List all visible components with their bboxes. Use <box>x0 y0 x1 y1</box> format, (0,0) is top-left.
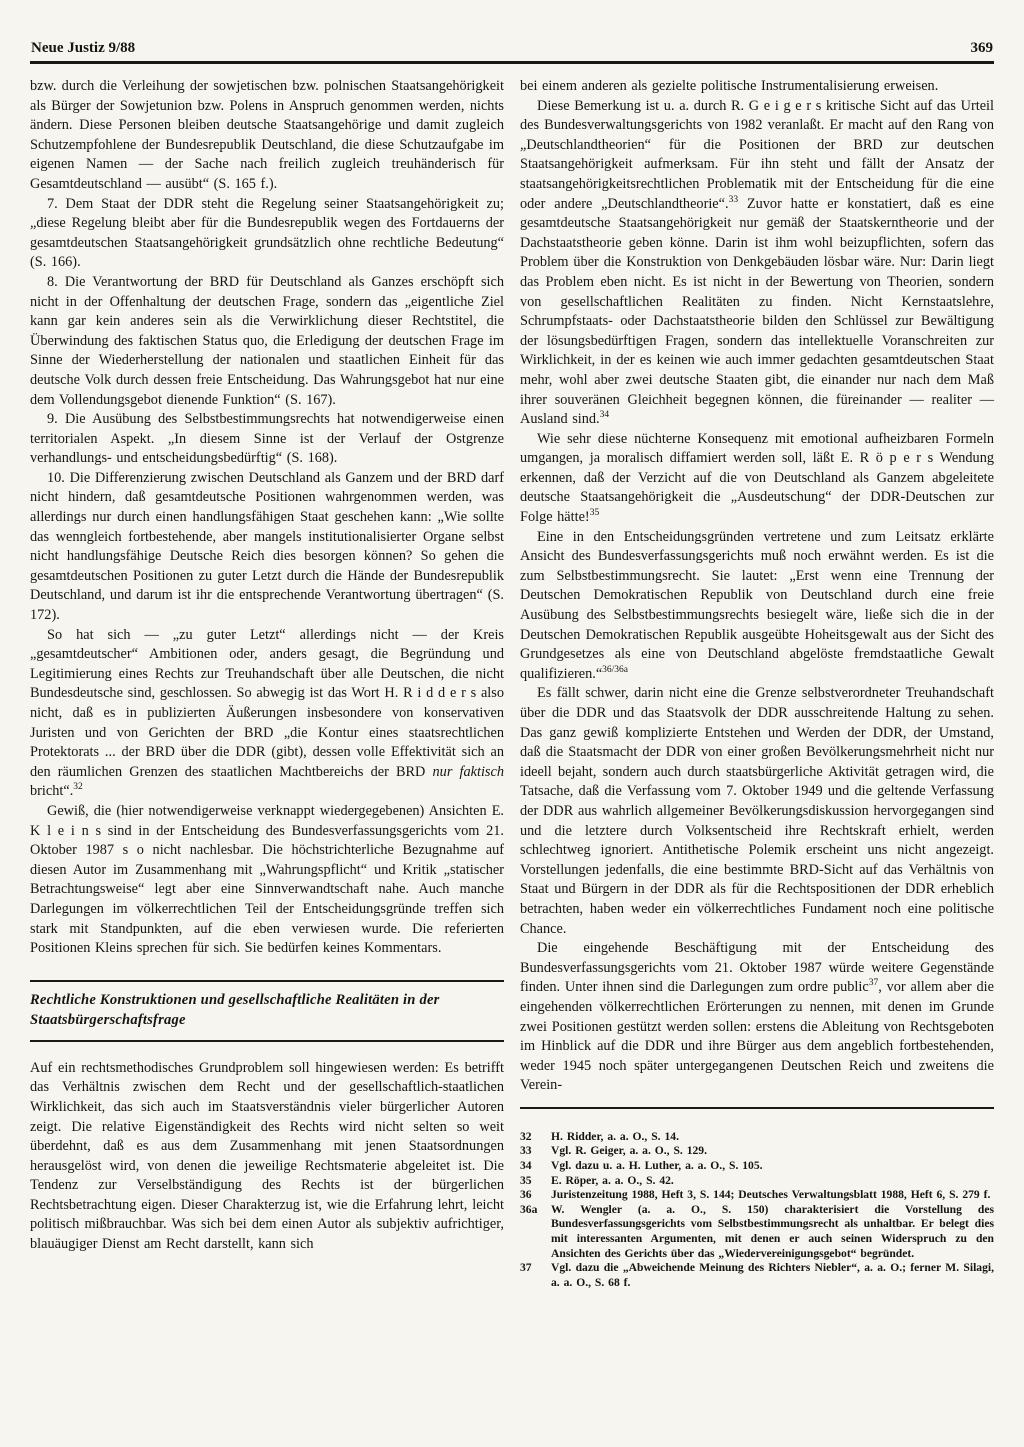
section-heading-block: Rechtliche Konstruktionen und gesellscha… <box>30 980 504 1042</box>
footnote-separator-rule <box>520 1107 994 1109</box>
footnote-text: Vgl. dazu u. a. H. Luther, a. a. O., S. … <box>551 1159 994 1174</box>
paragraph: 7. Dem Staat der DDR steht die Regelung … <box>30 195 504 273</box>
footnote: 37Vgl. dazu die „Abweichende Meinung des… <box>520 1261 994 1290</box>
footnote: 34Vgl. dazu u. a. H. Luther, a. a. O., S… <box>520 1159 994 1174</box>
left-column-text: bzw. durch die Verleihung der sowjetisch… <box>30 77 504 959</box>
footnotes: 32H. Ridder, a. a. O., S. 14.33Vgl. R. G… <box>520 1130 994 1291</box>
footnote: 36Juristenzeitung 1988, Heft 3, S. 144; … <box>520 1188 994 1203</box>
footnote-number: 32 <box>520 1130 551 1145</box>
paragraph: Eine in den Entscheidungsgründen vertret… <box>520 528 994 685</box>
footnote-text: Vgl. dazu die „Abweichende Meinung des R… <box>551 1261 994 1290</box>
footnote-text: Vgl. R. Geiger, a. a. O., S. 129. <box>551 1144 994 1159</box>
paragraph: Es fällt schwer, darin nicht eine die Gr… <box>520 684 994 939</box>
footnote-text: W. Wengler (a. a. O., S. 150) charakteri… <box>551 1203 994 1261</box>
footnote-number: 37 <box>520 1261 551 1290</box>
section-heading: Rechtliche Konstruktionen und gesellscha… <box>30 990 504 1030</box>
left-column-text-after-heading: Auf ein rechtsmethodisches Grundproblem … <box>30 1059 504 1255</box>
footnote-number: 35 <box>520 1174 551 1189</box>
paragraph: Gewiß, die (hier notwendigerweise verkna… <box>30 802 504 959</box>
footnote-text: H. Ridder, a. a. O., S. 14. <box>551 1130 994 1145</box>
paragraph: bei einem anderen als gezielte politisch… <box>520 77 994 97</box>
article-body: bzw. durch die Verleihung der sowjetisch… <box>30 77 994 1290</box>
footnote: 35E. Röper, a. a. O., S. 42. <box>520 1174 994 1189</box>
paragraph: 9. Die Ausübung des Selbstbestimmungsrec… <box>30 410 504 469</box>
footnote-number: 36a <box>520 1203 551 1261</box>
footnote: 32H. Ridder, a. a. O., S. 14. <box>520 1130 994 1145</box>
left-column: bzw. durch die Verleihung der sowjetisch… <box>30 77 504 1290</box>
page-number: 369 <box>971 40 994 57</box>
paragraph: Auf ein rechtsmethodisches Grundproblem … <box>30 1059 504 1255</box>
footnote-number: 33 <box>520 1144 551 1159</box>
right-column: bei einem anderen als gezielte politisch… <box>520 77 994 1290</box>
journal-issue-title: Neue Justiz 9/88 <box>31 40 135 57</box>
footnote-text: E. Röper, a. a. O., S. 42. <box>551 1174 994 1189</box>
paragraph: Diese Bemerkung ist u. a. durch R. G e i… <box>520 97 994 430</box>
footnote-number: 36 <box>520 1188 551 1203</box>
footnote-number: 34 <box>520 1159 551 1174</box>
footnote: 33Vgl. R. Geiger, a. a. O., S. 129. <box>520 1144 994 1159</box>
footnote-text: Juristenzeitung 1988, Heft 3, S. 144; De… <box>551 1188 994 1203</box>
journal-page: Neue Justiz 9/88 369 bzw. durch die Verl… <box>0 0 1024 1447</box>
paragraph: Die eingehende Beschäftigung mit der Ent… <box>520 939 994 1096</box>
paragraph: 10. Die Differenzierung zwischen Deutsch… <box>30 469 504 626</box>
paragraph: 8. Die Verantwortung der BRD für Deutsch… <box>30 273 504 410</box>
right-column-text: bei einem anderen als gezielte politisch… <box>520 77 994 1096</box>
paragraph: So hat sich — „zu guter Letzt“ allerding… <box>30 626 504 802</box>
footnote: 36aW. Wengler (a. a. O., S. 150) charakt… <box>520 1203 994 1261</box>
page-header: Neue Justiz 9/88 369 <box>30 40 994 61</box>
header-rule <box>30 61 994 64</box>
paragraph: bzw. durch die Verleihung der sowjetisch… <box>30 77 504 195</box>
paragraph: Wie sehr diese nüchterne Konsequenz mit … <box>520 430 994 528</box>
